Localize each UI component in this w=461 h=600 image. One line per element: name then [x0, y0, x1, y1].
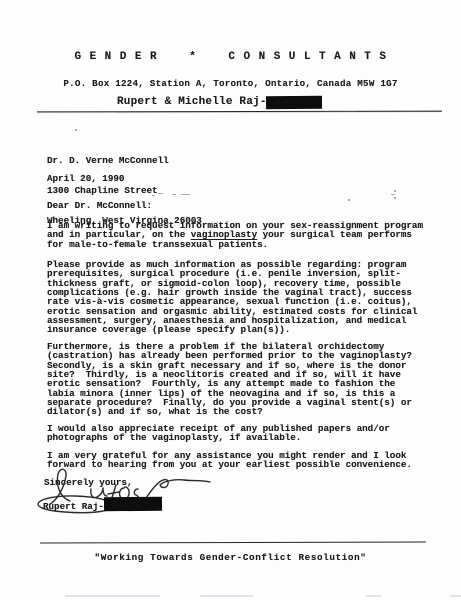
scan-artifact-bar	[200, 595, 253, 597]
body-paragraph-4: I would also appreciate receipt of any p…	[47, 424, 390, 443]
scan-smudge	[391, 194, 395, 195]
scan-speck	[75, 129, 77, 131]
redaction-box-signature	[104, 497, 162, 512]
scanned-letter-page: GENDER * CONSULTANTS P.O. Box 1224, Stat…	[0, 0, 461, 600]
letterhead-contacts: Rupert & Michelle Raj-	[117, 96, 267, 108]
scan-smudge	[158, 193, 163, 194]
footer-tagline: "Working Towards Gender-Conflict Resolut…	[0, 552, 461, 563]
body-paragraph-2: Please provide as much information as po…	[47, 260, 417, 335]
scan-smudge	[181, 194, 190, 195]
footer-divider	[40, 541, 426, 543]
body-paragraph-3: Furthermore, is there a problem if the b…	[47, 342, 412, 417]
scan-speck	[394, 190, 396, 192]
redaction-box-header	[266, 96, 322, 109]
letterhead-org-name: GENDER * CONSULTANTS	[0, 51, 461, 63]
scan-artifact-bar	[65, 595, 160, 597]
scan-speck	[394, 197, 396, 199]
letterhead-address: P.O. Box 1224, Station A, Toronto, Ontar…	[0, 78, 461, 89]
scan-artifact-bar	[366, 595, 381, 597]
recipient-name: Dr. D. Verne McConnell	[47, 156, 202, 166]
date-line: April 20, 1990	[47, 174, 124, 183]
recipient-street: 1300 Chapline Street	[47, 186, 202, 196]
scan-smudge	[152, 195, 155, 196]
scan-artifact-bar	[450, 595, 461, 597]
handwritten-signature	[30, 463, 215, 521]
scan-speck	[348, 199, 350, 201]
scan-smudge	[172, 194, 176, 195]
body-paragraph-1: I am writing to request information on y…	[47, 221, 423, 249]
salutation: Dear Dr. McConnell:	[47, 201, 152, 210]
signer-name: Rupert Raj-	[43, 502, 104, 511]
letterhead-divider	[37, 111, 442, 113]
